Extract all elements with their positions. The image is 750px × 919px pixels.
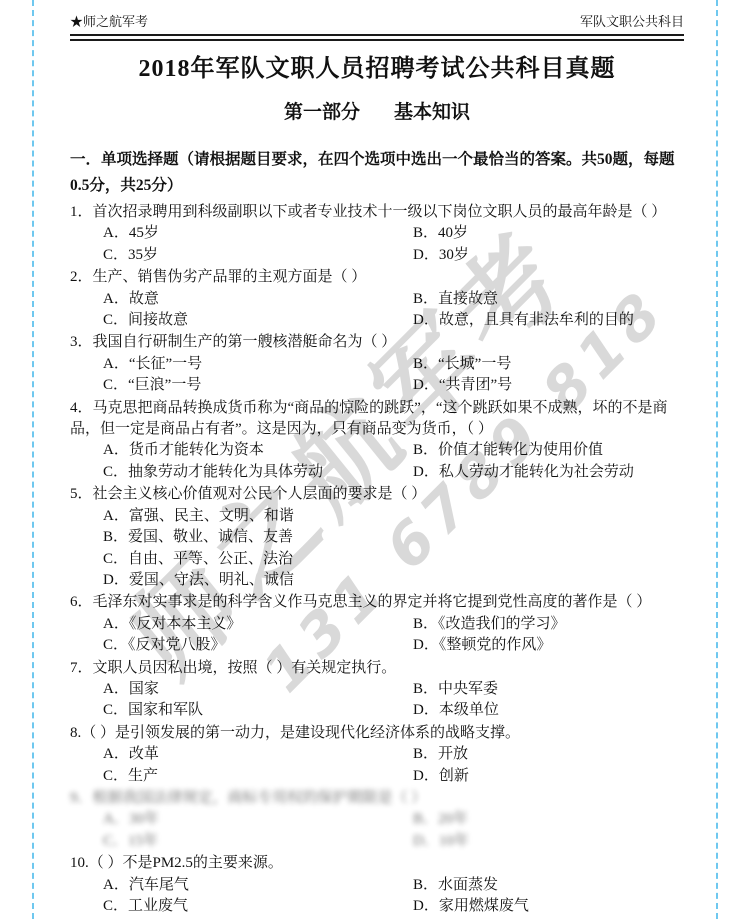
question-7-option-c: C．国家和军队 — [103, 700, 413, 721]
question-4-option-c: C．抽象劳动才能转化为具体劳动 — [103, 462, 413, 483]
question-6: 6．毛泽东对实事求是的科学含义作马克思主义的界定并将它提到党性高度的著作是（ ）… — [70, 592, 684, 656]
question-2-option-a: A．故意 — [103, 289, 413, 310]
question-6-option-a: A．《反对本本主义》 — [103, 614, 413, 635]
question-9-option-a: A．30年 — [103, 809, 413, 830]
question-5: 5．社会主义核心价值观对公民个人层面的要求是（ ） A．富强、民主、文明、和谐 … — [70, 484, 684, 591]
question-7-option-d: D．本级单位 — [413, 700, 684, 721]
question-10-option-c: C．工业废气 — [103, 896, 413, 917]
page-header: ★师之航军考 军队文职公共科目 — [70, 0, 684, 30]
header-brand: ★师之航军考 — [70, 14, 148, 30]
question-1: 1．首次招录聘用到科级副职以下或者专业技术十一级以下岗位文职人员的最高年龄是（ … — [70, 202, 684, 266]
question-7-text: 7．文职人员因私出境，按照（ ）有关规定执行。 — [70, 658, 684, 679]
section-heading: 一．单项选择题（请根据题目要求，在四个选项中选出一个最恰当的答案。共50题，每题… — [70, 147, 684, 199]
question-9-redacted: 9．根据我国法律规定，商标专用权的保护期限是（ ） A．30年 B．20年 C．… — [70, 788, 684, 852]
question-10-option-a: A．汽车尾气 — [103, 875, 413, 896]
part-label: 第一部分 — [284, 102, 360, 123]
question-7: 7．文职人员因私出境，按照（ ）有关规定执行。 A．国家 B．中央军委 C．国家… — [70, 658, 684, 722]
question-2-option-b: B．直接故意 — [413, 289, 684, 310]
page-edge-dashed-line-left — [32, 0, 34, 919]
question-7-option-a: A．国家 — [103, 679, 413, 700]
question-4-option-a: A．货币才能转化为资本 — [103, 440, 413, 461]
question-6-text: 6．毛泽东对实事求是的科学含义作马克思主义的界定并将它提到党性高度的著作是（ ） — [70, 592, 684, 613]
question-10: 10.（ ）不是PM2.5的主要来源。 A．汽车尾气 B．水面蒸发 C．工业废气… — [70, 853, 684, 917]
header-double-rule — [70, 34, 684, 41]
part-heading: 第一部分基本知识 — [70, 101, 684, 125]
question-6-option-b: B．《改造我们的学习》 — [413, 614, 684, 635]
question-5-option-a: A．富强、民主、文明、和谐 — [103, 506, 684, 527]
question-8: 8.（ ）是引领发展的第一动力，是建设现代化经济体系的战略支撑。 A．改革 B．… — [70, 723, 684, 787]
question-2-option-d: D．故意，且具有非法牟利的目的 — [413, 310, 684, 331]
question-6-option-d: D．《整顿党的作风》 — [413, 635, 684, 656]
question-5-option-b: B．爱国、敬业、诚信、友善 — [103, 527, 684, 548]
question-10-option-d: D．家用燃煤废气 — [413, 896, 684, 917]
question-1-option-c: C．35岁 — [103, 245, 413, 266]
question-3: 3．我国自行研制生产的第一艘核潜艇命名为（ ） A．“长征”一号 B．“长城”一… — [70, 332, 684, 396]
question-4: 4．马克思把商品转换成货币称为“商品的惊险的跳跃”，“这个跳跃如果不成熟，坏的不… — [70, 398, 684, 484]
question-7-option-b: B．中央军委 — [413, 679, 684, 700]
question-6-option-c: C．《反对党八股》 — [103, 635, 413, 656]
exam-page: ★师之航军考 军队文职公共科目 2018年军队文职人员招聘考试公共科目真题 第一… — [70, 0, 684, 917]
question-3-text: 3．我国自行研制生产的第一艘核潜艇命名为（ ） — [70, 332, 684, 353]
question-2: 2．生产、销售伪劣产品罪的主观方面是（ ） A．故意 B．直接故意 C．间接故意… — [70, 267, 684, 331]
question-8-text: 8.（ ）是引领发展的第一动力，是建设现代化经济体系的战略支撑。 — [70, 723, 684, 744]
question-3-option-a: A．“长征”一号 — [103, 354, 413, 375]
question-9-text: 9．根据我国法律规定，商标专用权的保护期限是（ ） — [70, 788, 684, 809]
question-9-option-c: C．15年 — [103, 831, 413, 852]
question-5-option-d: D．爱国、守法、明礼、诚信 — [103, 570, 684, 591]
question-10-option-b: B．水面蒸发 — [413, 875, 684, 896]
question-4-option-d: D．私人劳动才能转化为社会劳动 — [413, 462, 684, 483]
page-edge-dashed-line-right — [716, 0, 718, 919]
question-2-option-c: C．间接故意 — [103, 310, 413, 331]
part-name: 基本知识 — [394, 102, 470, 123]
question-1-option-b: B．40岁 — [413, 223, 684, 244]
question-2-text: 2．生产、销售伪劣产品罪的主观方面是（ ） — [70, 267, 684, 288]
question-1-option-a: A．45岁 — [103, 223, 413, 244]
question-8-option-d: D．创新 — [413, 766, 684, 787]
header-subject-label: 军队文职公共科目 — [580, 14, 684, 30]
question-3-option-c: C．“巨浪”一号 — [103, 375, 413, 396]
question-4-option-b: B．价值才能转化为使用价值 — [413, 440, 684, 461]
question-3-option-b: B．“长城”一号 — [413, 354, 684, 375]
question-3-option-d: D．“共青团”号 — [413, 375, 684, 396]
question-1-option-d: D．30岁 — [413, 245, 684, 266]
page-title: 2018年军队文职人员招聘考试公共科目真题 — [70, 54, 684, 84]
question-8-option-c: C．生产 — [103, 766, 413, 787]
question-8-option-a: A．改革 — [103, 744, 413, 765]
question-4-text: 4．马克思把商品转换成货币称为“商品的惊险的跳跃”，“这个跳跃如果不成熟，坏的不… — [70, 398, 684, 441]
question-9-option-d: D．10年 — [413, 831, 684, 852]
question-9-option-b: B．20年 — [413, 809, 684, 830]
question-1-text: 1．首次招录聘用到科级副职以下或者专业技术十一级以下岗位文职人员的最高年龄是（ … — [70, 202, 684, 223]
question-8-option-b: B．开放 — [413, 744, 684, 765]
question-10-text: 10.（ ）不是PM2.5的主要来源。 — [70, 853, 684, 874]
question-5-option-c: C．自由、平等、公正、法治 — [103, 549, 684, 570]
question-5-text: 5．社会主义核心价值观对公民个人层面的要求是（ ） — [70, 484, 684, 505]
